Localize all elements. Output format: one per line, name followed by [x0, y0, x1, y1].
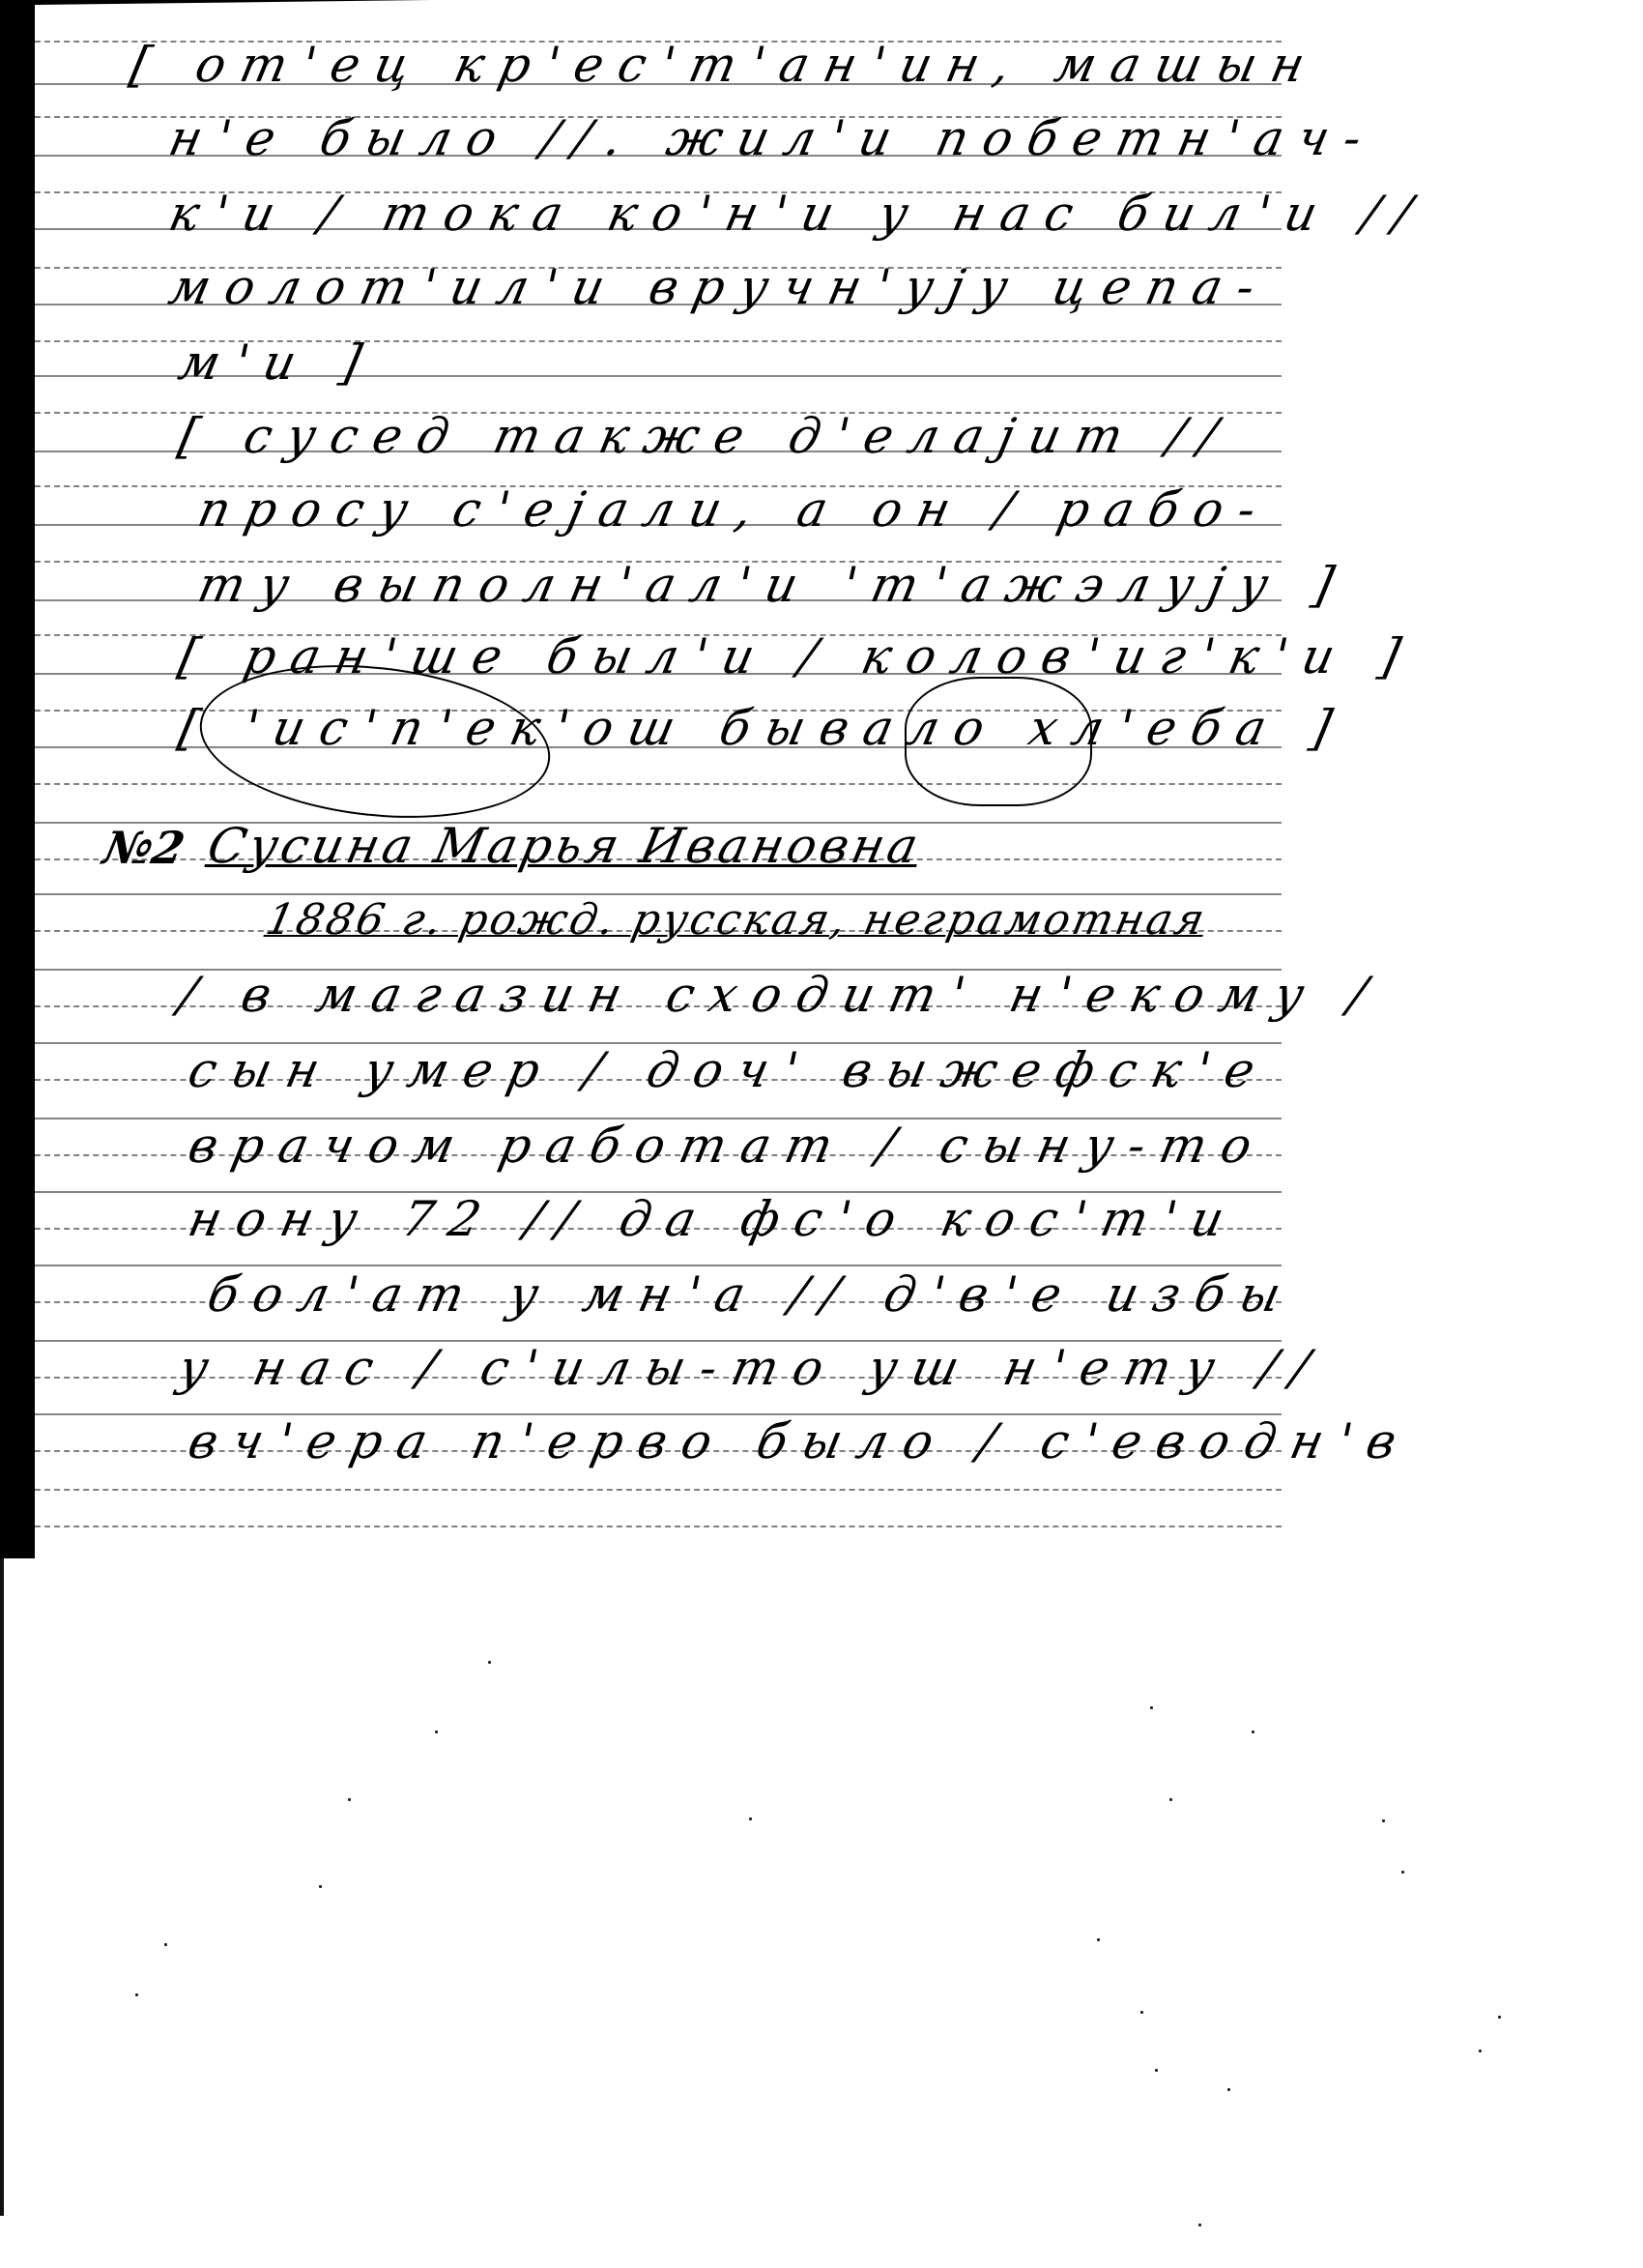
scan-speck	[488, 1661, 491, 1664]
scan-speck	[435, 1730, 438, 1733]
handwritten-line: м'и ]	[175, 338, 381, 387]
handwritten-line: бол'ат у мн'а // д'в'е избы	[204, 1270, 1301, 1319]
scan-black-edge	[0, 0, 35, 1558]
scan-speck	[319, 1885, 322, 1888]
scan-speck	[164, 1943, 167, 1946]
handwritten-line: к'и / тока ко'н'и у нас бил'и //	[165, 189, 1431, 238]
handwritten-line: у нас / с'илы-то уш н'ету //	[175, 1344, 1329, 1392]
handwritten-line: / в магазин сходит' н'екому /	[175, 971, 1387, 1019]
scan-speck	[1401, 1871, 1404, 1874]
ruled-line	[35, 1489, 1282, 1491]
handwritten-line: молот'ил'и вручн'ују цепа-	[165, 263, 1275, 311]
handwritten-line: [ сусед также д'елајит //	[175, 412, 1237, 460]
handwritten-line: вч'ера п'ерво было / с'еводн'в	[185, 1417, 1416, 1466]
scan-speck	[749, 1817, 752, 1820]
notebook-page: [ от'ец кр'ес'т'ан'ин, машын н'е было //…	[35, 0, 1282, 1558]
ruled-line	[35, 783, 1282, 785]
handwritten-line: врачом работат / сыну-то	[185, 1121, 1272, 1170]
informant-name-text: Сусина Марья Ивановна	[203, 818, 927, 874]
scan-speck	[1150, 1706, 1153, 1709]
circled-word-mark	[905, 677, 1092, 806]
scan-speck	[1155, 2069, 1158, 2072]
scan-speck	[1382, 1819, 1385, 1822]
informant-info: 1886 г. рожд. русская, неграмотная	[262, 899, 1210, 942]
informant-name: Сусина Марья Ивановна	[204, 822, 926, 870]
scan-speck	[1479, 2050, 1482, 2052]
scan-speck	[348, 1798, 351, 1801]
handwritten-line: ту выполн'ал'и 'т'ажэлују ]	[194, 561, 1353, 609]
scan-speck	[1227, 2088, 1230, 2091]
entry-number: №2	[99, 822, 188, 874]
handwritten-line: н'е было //. жил'и побетн'ач-	[165, 114, 1381, 162]
scan-speck	[1140, 2011, 1143, 2014]
scan-speck	[1169, 1798, 1172, 1801]
scan-speck	[135, 1993, 138, 1996]
handwritten-line: [ от'ец кр'ес'т'ан'ин, машын	[127, 41, 1324, 89]
scan-speck	[1252, 1730, 1254, 1733]
handwritten-line: нону 72 // да фс'о кос'т'и	[185, 1195, 1244, 1243]
handwritten-line: сын умер / доч' выжефск'е	[185, 1046, 1275, 1094]
handwritten-line: просу с'ејали, а он / рабо-	[194, 485, 1276, 534]
scan-speck	[1198, 2224, 1201, 2226]
scan-speck	[1498, 2016, 1501, 2019]
ruled-line	[35, 1526, 1282, 1527]
scan-edge-shadow	[0, 1558, 4, 2216]
scan-speck	[1097, 1938, 1100, 1941]
